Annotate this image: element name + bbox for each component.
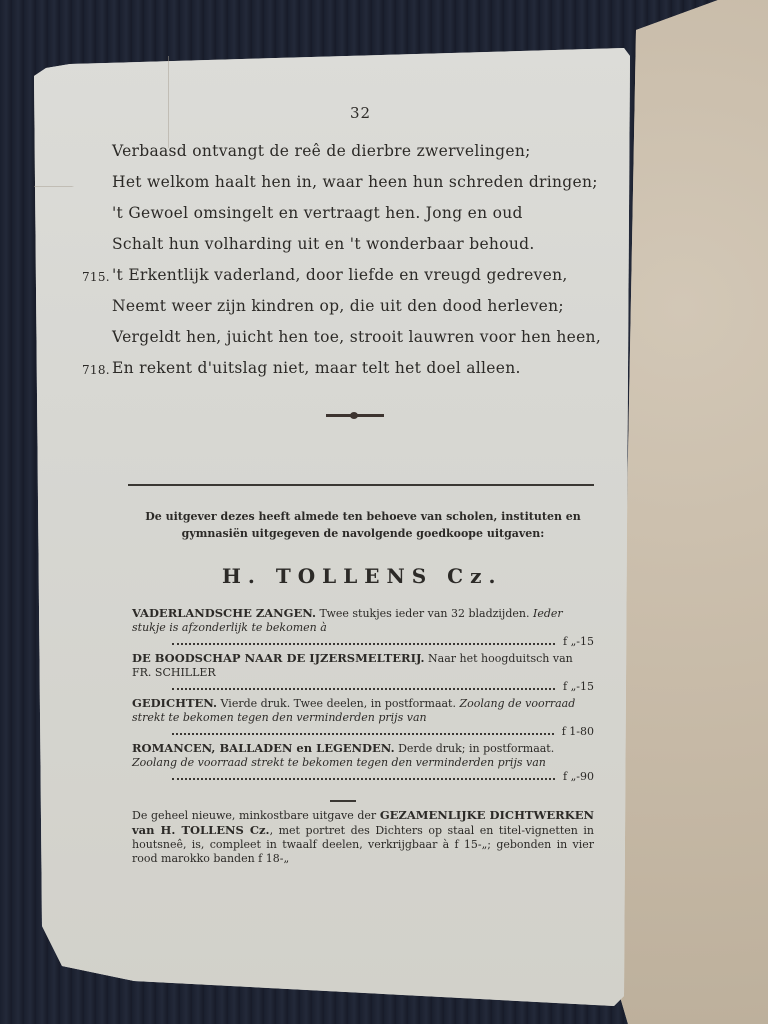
- poem-line: 715.'t Erkentlijk vaderland, door liefde…: [112, 260, 612, 291]
- publication-price: f „-15: [563, 680, 594, 694]
- line-number: 718.: [82, 355, 110, 386]
- line-text: Neemt weer zijn kindren op, die uit den …: [112, 297, 564, 315]
- line-text: Het welkom haalt hen in, waar heen hun s…: [112, 173, 598, 191]
- facing-page: [618, 0, 768, 1024]
- publication-item: DE BOODSCHAP NAAR DE IJZERSMELTERIJ. Naa…: [132, 651, 594, 694]
- poem-line: Neemt weer zijn kindren op, die uit den …: [112, 291, 612, 322]
- line-text: Verbaasd ontvangt de reê de dierbre zwer…: [112, 142, 531, 160]
- publication-desc: Derde druk; in postformaat.: [395, 742, 555, 755]
- publication-desc: Twee stukjes ieder van 32 bladzijden.: [316, 607, 533, 620]
- line-text: Vergeldt hen, juicht hen toe, strooit la…: [112, 328, 601, 346]
- line-text: En rekent d'uitslag niet, maar telt het …: [112, 359, 521, 377]
- publication-note: Zoolang de voorraad strekt te bekomen te…: [132, 756, 546, 769]
- publication-desc: Vierde druk. Twee deelen, in postformaat…: [217, 697, 459, 710]
- publication-price: f „-15: [563, 635, 594, 649]
- poem: Verbaasd ontvangt de reê de dierbre zwer…: [112, 136, 612, 384]
- line-text: Schalt hun volharding uit en 't wonderba…: [112, 235, 535, 253]
- poem-line: Verbaasd ontvangt de reê de dierbre zwer…: [112, 136, 612, 167]
- publication-title: ROMANCEN, BALLADEN en LEGENDEN.: [132, 741, 395, 755]
- ornament-divider: [326, 414, 384, 417]
- line-text: 't Erkentlijk vaderland, door liefde en …: [112, 266, 568, 284]
- publication-list: VADERLANDSCHE ZANGEN. Twee stukjes ieder…: [132, 606, 594, 786]
- publication-item: ROMANCEN, BALLADEN en LEGENDEN. Derde dr…: [132, 741, 594, 784]
- publication-price: f 1-80: [562, 725, 594, 739]
- author-heading: H. TOLLENS Cz.: [222, 564, 502, 588]
- page-number: 32: [350, 104, 371, 122]
- poem-line: 't Gewoel omsingelt en vertraagt hen. Jo…: [112, 198, 612, 229]
- publication-title: VADERLANDSCHE ZANGEN.: [132, 606, 316, 620]
- collected-works-notice: De geheel nieuwe, minkostbare uitgave de…: [132, 808, 594, 866]
- poem-line: 718.En rekent d'uitslag niet, maar telt …: [112, 353, 612, 384]
- publication-item: VADERLANDSCHE ZANGEN. Twee stukjes ieder…: [132, 606, 594, 649]
- publication-item: GEDICHTEN. Vierde druk. Twee deelen, in …: [132, 696, 594, 739]
- poem-line: Schalt hun volharding uit en 't wonderba…: [112, 229, 612, 260]
- publication-title: GEDICHTEN.: [132, 696, 217, 710]
- short-rule: [330, 800, 356, 802]
- publication-title: DE BOODSCHAP NAAR DE IJZERSMELTERIJ.: [132, 651, 425, 665]
- line-text: 't Gewoel omsingelt en vertraagt hen. Jo…: [112, 204, 523, 222]
- publication-price: f „-90: [563, 770, 594, 784]
- publisher-intro: De uitgever dezes heeft almede ten behoe…: [132, 508, 594, 542]
- line-number: 715.: [82, 262, 110, 293]
- poem-line: Vergeldt hen, juicht hen toe, strooit la…: [112, 322, 612, 353]
- poem-line: Het welkom haalt hen in, waar heen hun s…: [112, 167, 612, 198]
- notice-text: De geheel nieuwe, minkostbare uitgave de…: [132, 809, 380, 822]
- horizontal-rule: [128, 484, 594, 486]
